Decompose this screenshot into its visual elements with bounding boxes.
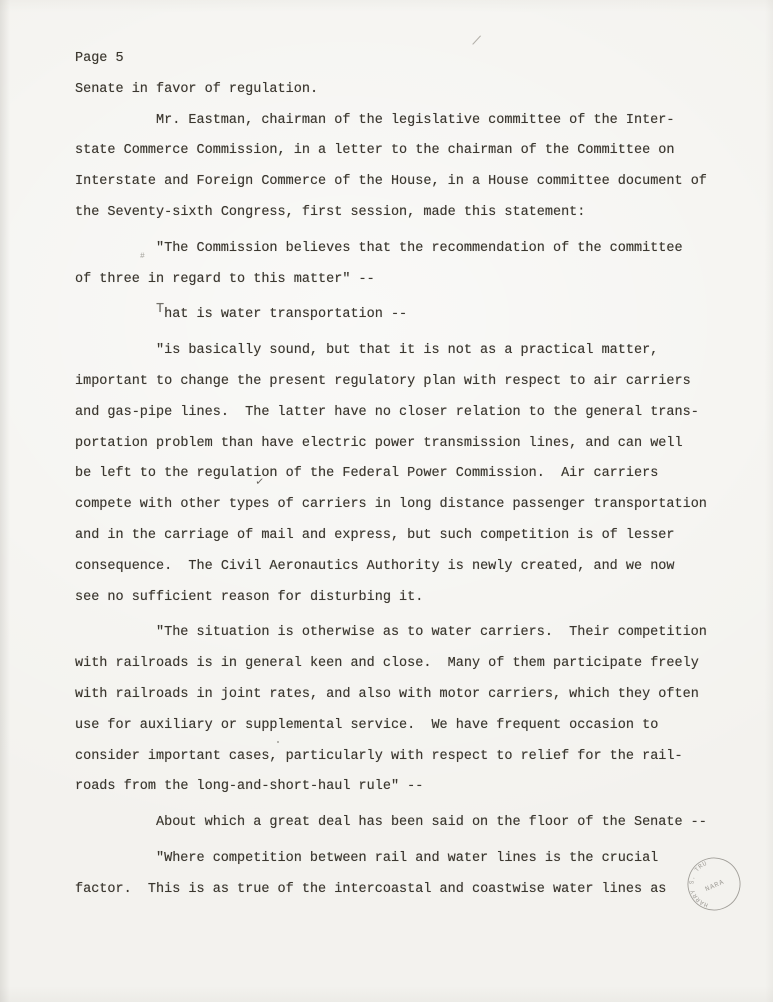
- text-line: portation problem than have electric pow…: [75, 429, 730, 460]
- check-mark-annotation: ✓: [255, 474, 264, 490]
- text-line: consequence. The Civil Aeronautics Autho…: [75, 552, 730, 583]
- document-page: Page 5 Senate in favor of regulation.Mr.…: [0, 0, 773, 1002]
- text-line: "The situation is otherwise as to water …: [75, 618, 730, 649]
- raised-character: T: [156, 295, 164, 326]
- text-line: roads from the long-and-short-haul rule"…: [75, 772, 730, 803]
- text-line: state Commerce Commission, in a letter t…: [75, 136, 730, 167]
- paragraph: "The Commission believes that the recomm…: [75, 234, 730, 296]
- text-line: see no sufficient reason for disturbing …: [75, 583, 730, 614]
- text-line: "The Commission believes that the recomm…: [75, 234, 730, 265]
- text-line: Interstate and Foreign Commerce of the H…: [75, 167, 730, 198]
- paragraph: "Where competition between rail and wate…: [75, 844, 730, 906]
- text-line: compete with other types of carriers in …: [75, 490, 730, 521]
- stamp-center-text: NARA: [704, 879, 726, 894]
- text-line: of three in regard to this matter" --: [75, 265, 730, 296]
- text-line: factor. This is as true of the intercoas…: [75, 875, 730, 906]
- text-line: "Where competition between rail and wate…: [75, 844, 730, 875]
- text-line: Senate in favor of regulation.: [75, 75, 730, 106]
- text-line: use for auxiliary or supplemental servic…: [75, 711, 730, 742]
- paragraph: That is water transportation --: [75, 300, 730, 331]
- paragraph: Senate in favor of regulation.: [75, 75, 730, 106]
- text-line: and in the carriage of mail and express,…: [75, 521, 730, 552]
- text-line: be left to the regulation of the Federal…: [75, 459, 730, 490]
- text-line: with railroads in joint rates, and also …: [75, 680, 730, 711]
- smudge-mark: #: [140, 252, 145, 261]
- text-line: About which a great deal has been said o…: [75, 808, 730, 839]
- paragraph: Mr. Eastman, chairman of the legislative…: [75, 106, 730, 229]
- text-line: and gas-pipe lines. The latter have no c…: [75, 398, 730, 429]
- text-line: That is water transportation --: [75, 300, 730, 331]
- paragraph: "The situation is otherwise as to water …: [75, 618, 730, 803]
- text-line: consider important cases, particularly w…: [75, 742, 730, 773]
- paper-speck: [277, 741, 279, 743]
- text-line: important to change the present regulato…: [75, 367, 730, 398]
- page-number-label: Page 5: [75, 44, 730, 75]
- paragraph: "is basically sound, but that it is not …: [75, 336, 730, 613]
- text-line: "is basically sound, but that it is not …: [75, 336, 730, 367]
- text-line: with railroads is in general keen and cl…: [75, 649, 730, 680]
- text-body: Page 5 Senate in favor of regulation.Mr.…: [75, 44, 730, 906]
- text-line: the Seventy-sixth Congress, first sessio…: [75, 198, 730, 229]
- text-line: Mr. Eastman, chairman of the legislative…: [75, 106, 730, 137]
- paragraph: About which a great deal has been said o…: [75, 808, 730, 839]
